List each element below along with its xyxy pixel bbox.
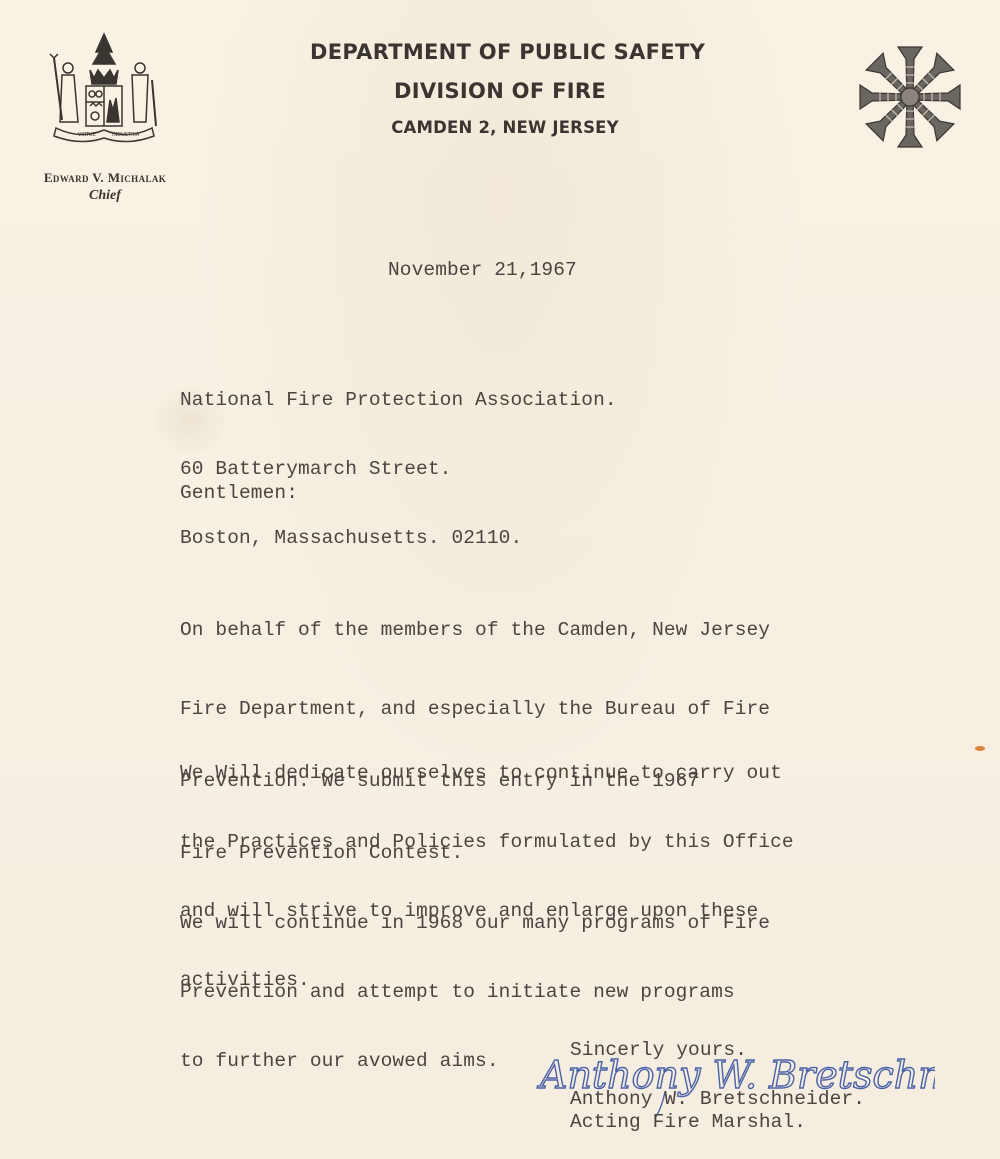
signer-name: Anthony W. Bretschneider. (570, 1088, 865, 1111)
svg-text:INDUSTRIA: INDUSTRIA (112, 132, 140, 138)
paragraph-line: On behalf of the members of the Camden, … (180, 618, 770, 643)
letter-date: November 21,1967 (388, 259, 577, 282)
state-seal-icon: VIRTUE INDUSTRIA (40, 30, 168, 145)
fire-trumpets-badge-icon (850, 38, 970, 156)
paragraph-line: Prevention and attempt to initiate new p… (180, 981, 770, 1004)
svg-text:VIRTUE: VIRTUE (78, 132, 96, 138)
letterhead-division: DIVISION OF FIRE (380, 79, 620, 103)
chief-title: Chief (20, 188, 190, 204)
letterhead-department: DEPARTMENT OF PUBLIC SAFETY (310, 40, 690, 64)
signer-title: Acting Fire Marshal. (570, 1111, 806, 1134)
paragraph-line: We will continue in 1968 our many progra… (180, 912, 770, 935)
recipient-address: National Fire Protection Association. 60… (180, 343, 617, 596)
ink-smudge (975, 746, 985, 751)
letterhead-location: CAMDEN 2, NEW JERSEY (380, 118, 630, 137)
chief-name: Edward V. Michalak (20, 170, 190, 186)
recipient-line: 60 Batterymarch Street. (180, 458, 617, 481)
recipient-line: National Fire Protection Association. (180, 389, 617, 412)
paragraph-line: We Will dedicate ourselves to continue t… (180, 762, 794, 785)
salutation: Gentlemen: (180, 482, 298, 505)
recipient-line: Boston, Massachusetts. 02110. (180, 527, 617, 550)
paragraph-line: the Practices and Policies formulated by… (180, 831, 794, 854)
letter-page: VIRTUE INDUSTRIA Edward V. Michalak Chie… (0, 0, 1000, 1159)
